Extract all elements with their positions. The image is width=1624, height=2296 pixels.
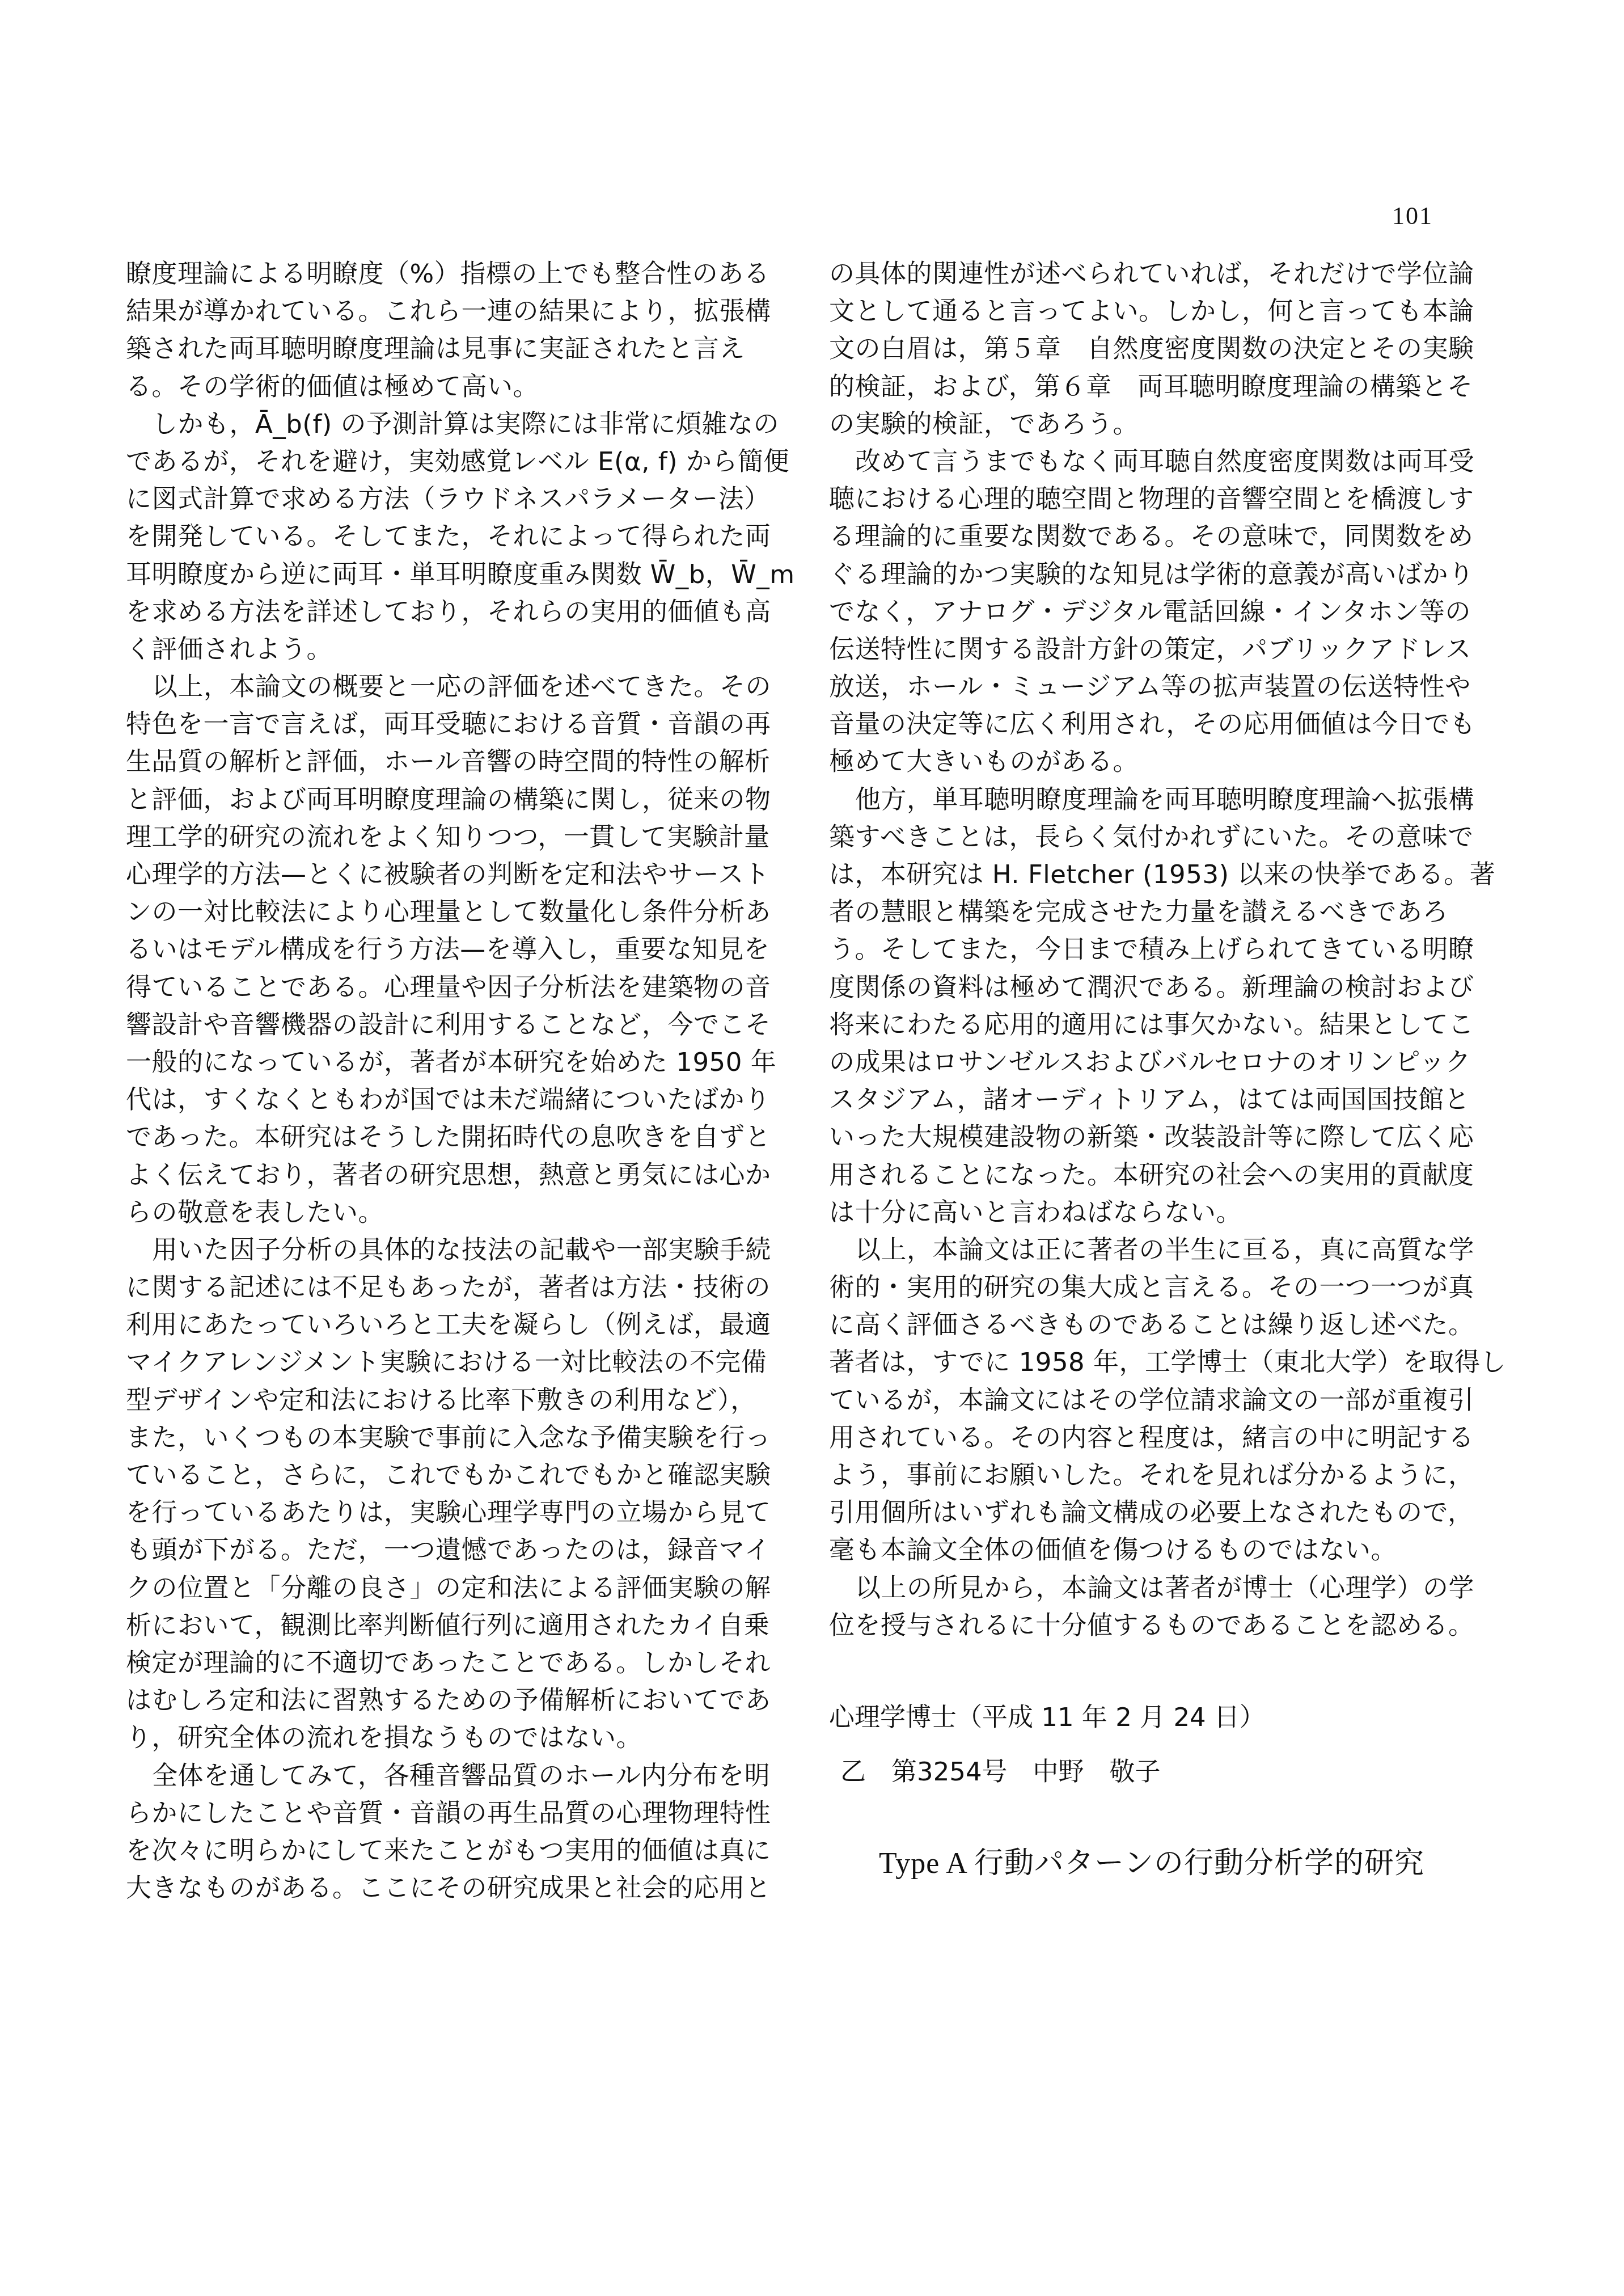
text-line: 度関係の資料は極めて潤沢である。新理論の検討および [829,969,1473,1006]
text-line: るいはモデル構成を行う方法—を導入し，重要な知見を [126,931,769,968]
text-line: り，研究全体の流れを損なうものではない。 [126,1719,769,1757]
text-line: る理論的に重要な関数である。その意味で，同関数をめ [829,518,1473,555]
text-line: 型デザインや定和法における比率下敷きの利用など）， [126,1382,769,1419]
paragraph-start-line: 以上の所見から，本論文は著者が博士（心理学）の学 [829,1569,1473,1607]
text-line: 聴における心理的聴空間と物理的音響空間とを橋渡しす [829,480,1473,518]
text-line: は十分に高いと言わねばならない。 [829,1194,1473,1231]
text-line: また，いくつもの本実験で事前に入念な予備実験を行っ [126,1419,769,1457]
text-line: も頭が下がる。ただ，一つ遺憾であったのは，録音マイ [126,1531,769,1569]
text-line: よう，事前にお願いした。それを見れば分かるように， [829,1457,1473,1494]
paragraph-start-line: しかも，Ā_b(f) の予測計算は実際には非常に煩雑なの [126,406,769,443]
text-line: 毫も本論文全体の価値を傷つけるものではない。 [829,1531,1473,1569]
text-line: の実験的検証，であろう。 [829,406,1473,443]
text-line: は，本研究は H. Fletcher (1953) 以来の快挙である。著 [829,856,1473,893]
degree-heading: 心理学博士（平成 11 年 2 月 24 日） [829,1699,1473,1736]
paragraph-start-line: 他方，単耳聴明瞭度理論を両耳聴明瞭度理論へ拡張構 [829,781,1473,818]
paragraph-start-line: 全体を通してみて，各種音響品質のホール内分布を明 [126,1757,769,1795]
text-line: 極めて大きいものがある。 [829,743,1473,780]
text-line: 心理学的方法—とくに被験者の判断を定和法やサースト [126,856,769,893]
text-line: 特色を一言で言えば，両耳受聴における音質・音韻の再 [126,706,769,743]
text-line: 理工学的研究の流れをよく知りつつ，一貫して実験計量 [126,818,769,856]
text-line: 伝送特性に関する設計方針の策定，パブリックアドレス [829,631,1473,668]
text-line: う。そしてまた，今日まで積み上げられてきている明瞭 [829,931,1473,968]
text-line: 結果が導かれている。これら一連の結果により，拡張構 [126,293,769,330]
text-line: ンの一対比較法により心理量として数量化し条件分析あ [126,893,769,931]
text-line: 築された両耳聴明瞭度理論は見事に実証されたと言え [126,330,769,368]
text-line: スタジアム，諸オーディトリアム，はては両国国技館と [829,1081,1473,1119]
text-line: 生品質の解析と評価，ホール音響の時空間的特性の解析 [126,743,769,780]
degree-holder: 乙 第3254号 中野 敬子 [829,1753,1473,1791]
text-line: の具体的関連性が述べられていれば，それだけで学位論 [829,255,1473,293]
text-line: であった。本研究はそうした開拓時代の息吹きを自ずと [126,1119,769,1156]
text-line: を次々に明らかにして来たことがもつ実用的価値は真に [126,1832,769,1869]
right-column: の具体的関連性が述べられていれば，それだけで学位論 文として通ると言ってよい。し… [829,255,1473,1884]
text-line: 音量の決定等に広く利用され，その応用価値は今日でも [829,706,1473,743]
text-line: マイクアレンジメント実験における一対比較法の不完備 [126,1344,769,1381]
paragraph-start-line: 以上，本論文の概要と一応の評価を述べてきた。その [126,668,769,706]
text-line: を開発している。そしてまた，それによって得られた両 [126,518,769,555]
text-line: 者の慧眼と構築を完成させた力量を讃えるべきであろ [829,893,1473,931]
text-line: に高く評価さるべきものであることは繰り返し述べた。 [829,1306,1473,1344]
text-line: であるが，それを避け，実効感覚レベル E(α, f) から簡便 [126,443,769,480]
text-line: よく伝えており，著者の研究思想，熱意と勇気には心か [126,1157,769,1194]
text-line: ているが，本論文にはその学位請求論文の一部が重複引 [829,1382,1473,1419]
section-gap [829,1644,1473,1699]
text-line: 代は，すくなくともわが国では未だ端緒についたばかり [126,1081,769,1119]
text-line: に図式計算で求める方法（ラウドネスパラメーター法） [126,480,769,518]
text-line: 用されている。その内容と程度は，緒言の中に明記する [829,1419,1473,1457]
text-line: を行っているあたりは，実験心理学専門の立場から見て [126,1494,769,1531]
text-line: 耳明瞭度から逆に両耳・単耳明瞭度重み関数 W̄_b，W̄_m [126,556,769,593]
text-line: ぐる理論的かつ実験的な知見は学術的意義が高いばかり [829,556,1473,593]
text-line: 大きなものがある。ここにその研究成果と社会的応用と [126,1869,769,1907]
text-line: 瞭度理論による明瞭度（%）指標の上でも整合性のある [126,255,769,293]
text-line: 利用にあたっていろいろと工夫を凝らし（例えば，最適 [126,1306,769,1344]
text-line: 引用個所はいずれも論文構成の必要上なされたもので， [829,1494,1473,1531]
text-line: 得ていることである。心理量や因子分析法を建築物の音 [126,969,769,1006]
text-line: 検定が理論的に不適切であったことである。しかしそれ [126,1644,769,1682]
page-number: 101 [1392,201,1433,230]
text-line: らの敬意を表したい。 [126,1194,769,1231]
paragraph-start-line: 用いた因子分析の具体的な技法の記載や一部実験手続 [126,1231,769,1269]
text-line: 響設計や音響機器の設計に利用することなど，今でこそ [126,1006,769,1044]
paragraph-start-line: 改めて言うまでもなく両耳聴自然度密度関数は両耳受 [829,443,1473,480]
text-line: く評価されよう。 [126,631,769,668]
text-line: に関する記述には不足もあったが，著者は方法・技術の [126,1269,769,1306]
text-line: 位を授与されるに十分値するものであることを認める。 [829,1607,1473,1644]
text-line: 術的・実用的研究の集大成と言える。その一つ一つが真 [829,1269,1473,1306]
text-line: を求める方法を詳述しており，それらの実用的価値も高 [126,593,769,631]
paragraph-start-line: 以上，本論文は正に著者の半生に亘る，真に高質な学 [829,1231,1473,1269]
thesis-title: Type A 行動パターンの行動分析学的研究 [829,1844,1473,1884]
text-line: クの位置と「分離の良さ」の定和法による評価実験の解 [126,1569,769,1607]
text-line: ていること，さらに，これでもかこれでもかと確認実験 [126,1457,769,1494]
text-line: 文の白眉は，第５章 自然度密度関数の決定とその実験 [829,330,1473,368]
text-line: 築すべきことは，長らく気付かれずにいた。その意味で [829,818,1473,856]
left-column: 瞭度理論による明瞭度（%）指標の上でも整合性のある 結果が導かれている。これら一… [126,255,769,1907]
text-line: 放送，ホール・ミュージアム等の拡声装置の伝送特性や [829,668,1473,706]
text-line: 著者は，すでに 1958 年，工学博士（東北大学）を取得し [829,1344,1473,1381]
text-line: 文として通ると言ってよい。しかし，何と言っても本論 [829,293,1473,330]
text-line: と評価，および両耳明瞭度理論の構築に関し，従来の物 [126,781,769,818]
text-line: の成果はロサンゼルスおよびバルセロナのオリンピック [829,1044,1473,1081]
text-line: らかにしたことや音質・音韻の再生品質の心理物理特性 [126,1795,769,1832]
text-line: 的検証，および，第６章 両耳聴明瞭度理論の構築とそ [829,368,1473,406]
text-line: 一般的になっているが，著者が本研究を始めた 1950 年 [126,1044,769,1081]
text-line: 析において，観測比率判断値行列に適用されたカイ自乗 [126,1607,769,1644]
text-line: いった大規模建設物の新築・改装設計等に際して広く応 [829,1119,1473,1156]
text-line: 用されることになった。本研究の社会への実用的貢献度 [829,1157,1473,1194]
text-line: 将来にわたる応用的適用には事欠かない。結果としてこ [829,1006,1473,1044]
text-line: る。その学術的価値は極めて高い。 [126,368,769,406]
text-line: でなく，アナログ・デジタル電話回線・インタホン等の [829,593,1473,631]
text-line: はむしろ定和法に習熟するための予備解析においてであ [126,1682,769,1719]
